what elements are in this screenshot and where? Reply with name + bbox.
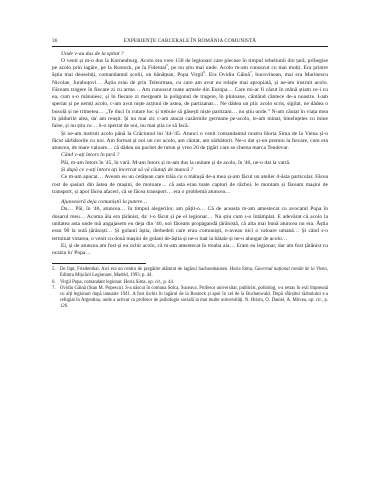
footnote-text: De fapt, Friedenthal. Aici era un centru… <box>60 267 328 279</box>
text-run: Și ne-am instruit acolo până la Crăciunu… <box>52 131 328 152</box>
text-run: , p. 44. <box>161 280 174 285</box>
interview-question: Unde v-au dus de la spital ? <box>52 51 328 58</box>
book-page: 36 EXPERIENȚE CARCERALE ÎN ROMÂNIA COMUN… <box>52 38 328 310</box>
italic-title: op. cit. <box>309 298 322 303</box>
text-run: Păi, m-am întors în '45, în vară. M-am î… <box>61 160 290 166</box>
footnote: 5.De fapt, Friedenthal. Aici era un cent… <box>52 267 328 279</box>
text-run: , bucovinean, mai era Marinescu Nicolae,… <box>52 72 328 129</box>
answer-paragraph: Și ne-am instruit acolo până la Crăciunu… <box>52 131 328 153</box>
text-run: Virgil Popa, comandant legionar. Horia S… <box>60 280 148 285</box>
page-number: 36 <box>52 38 62 44</box>
footnote-text: Ovidiu Găină (Stan M. Popescu). S-a născ… <box>60 286 328 310</box>
answer-paragraph: Ei, și de atuncea am fost și eu ochit ac… <box>52 243 328 258</box>
running-header: 36 EXPERIENȚE CARCERALE ÎN ROMÂNIA COMUN… <box>52 38 328 47</box>
answer-paragraph: O venit și m-o dus la Korneuburg. Acolo … <box>52 58 328 131</box>
interview-question: Când v-ați întors în țară ? <box>52 152 328 159</box>
text-run: Da… Păi, în '46, atuncea… în timpul aleg… <box>52 206 328 241</box>
text-run: De fapt, Friedenthal. Aici era un centru… <box>60 267 254 272</box>
footnote-divider <box>52 263 146 264</box>
text-run: Ei, și de atuncea am fost și eu ochit ac… <box>52 243 328 256</box>
footnote-number: 5. <box>52 267 60 279</box>
answer-paragraph: Păi, m-am întors în '45, în vară. M-am î… <box>52 160 328 167</box>
footnotes: 5.De fapt, Friedenthal. Aici era un cent… <box>52 267 328 310</box>
running-title: EXPERIENȚE CARCERALE ÎN ROMÂNIA COMUNIST… <box>62 38 328 44</box>
answer-paragraph: Ce m-am apucat… Aveam eu un cetățean car… <box>52 174 328 196</box>
text-run: . Era Ovidiu Găină <box>205 72 250 78</box>
text-run: Ovidiu Găină (Stan M. Popescu). S-a născ… <box>60 286 328 303</box>
italic-title: op. cit. <box>148 280 161 285</box>
footnote: 7.Ovidiu Găină (Stan M. Popescu). S-a nă… <box>52 286 328 310</box>
text-run: Ce m-am apucat… Aveam eu un cetățean car… <box>52 174 328 195</box>
body-text: Unde v-au dus de la spital ?O venit și m… <box>52 51 328 258</box>
answer-paragraph: Da… Păi, în '46, atuncea… în timpul aleg… <box>52 206 328 242</box>
interview-question: Ajunseseră deja comuniștii la putere… <box>52 199 328 206</box>
italic-title: Guvernul național român de la Viena <box>254 267 326 272</box>
footnote-number: 7. <box>52 286 60 310</box>
